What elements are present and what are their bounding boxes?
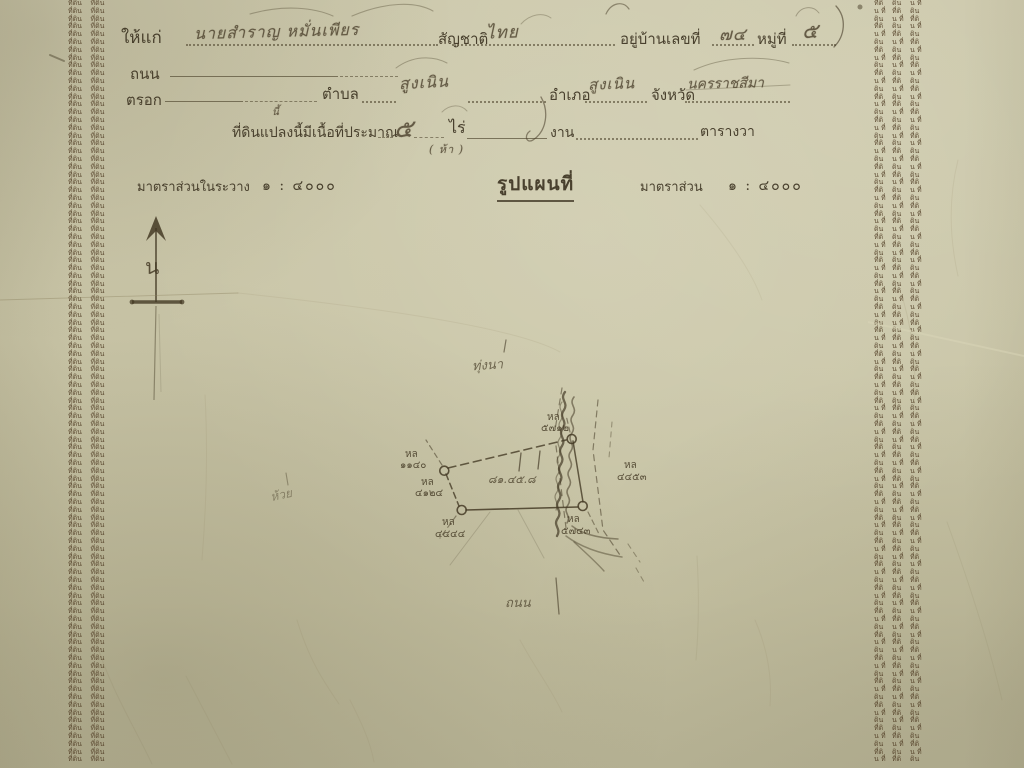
pen-flourish — [694, 58, 789, 70]
paper-scratch — [520, 640, 562, 712]
pen-flourish — [796, 8, 819, 16]
pen-flourish — [442, 106, 467, 112]
paper-scratch — [755, 620, 770, 706]
ink-blot — [858, 5, 863, 10]
paper-scratch — [202, 395, 206, 560]
paper-scratch — [297, 620, 339, 704]
paper-scratch — [700, 205, 762, 300]
pen-flourish — [250, 8, 333, 16]
paper-crease — [238, 293, 560, 352]
paper-scratch — [902, 296, 915, 434]
pen-flourish — [521, 15, 551, 24]
ink-mark — [50, 55, 64, 61]
pen-flourish — [834, 6, 843, 47]
paper-scratch — [350, 700, 374, 762]
paper-scratch — [947, 522, 1002, 700]
pen-flourish — [396, 58, 447, 68]
pen-flourish — [352, 4, 433, 16]
paper-scratch — [186, 676, 232, 764]
paper-scratch — [951, 160, 958, 276]
paper-marks-overlay — [0, 0, 1024, 768]
pen-strike — [686, 85, 790, 90]
paper-scratch — [96, 642, 152, 764]
paper-crease-light — [868, 322, 1024, 356]
paper-crease — [0, 293, 238, 300]
scanned-land-document: ที่ดิน ที่ดิน ที่ดิน ที่ดิน ที่ดิน ที่ดิ… — [0, 0, 1024, 768]
pen-flourish — [606, 4, 629, 14]
paper-scratch — [696, 556, 698, 660]
pen-flourish — [526, 97, 545, 141]
